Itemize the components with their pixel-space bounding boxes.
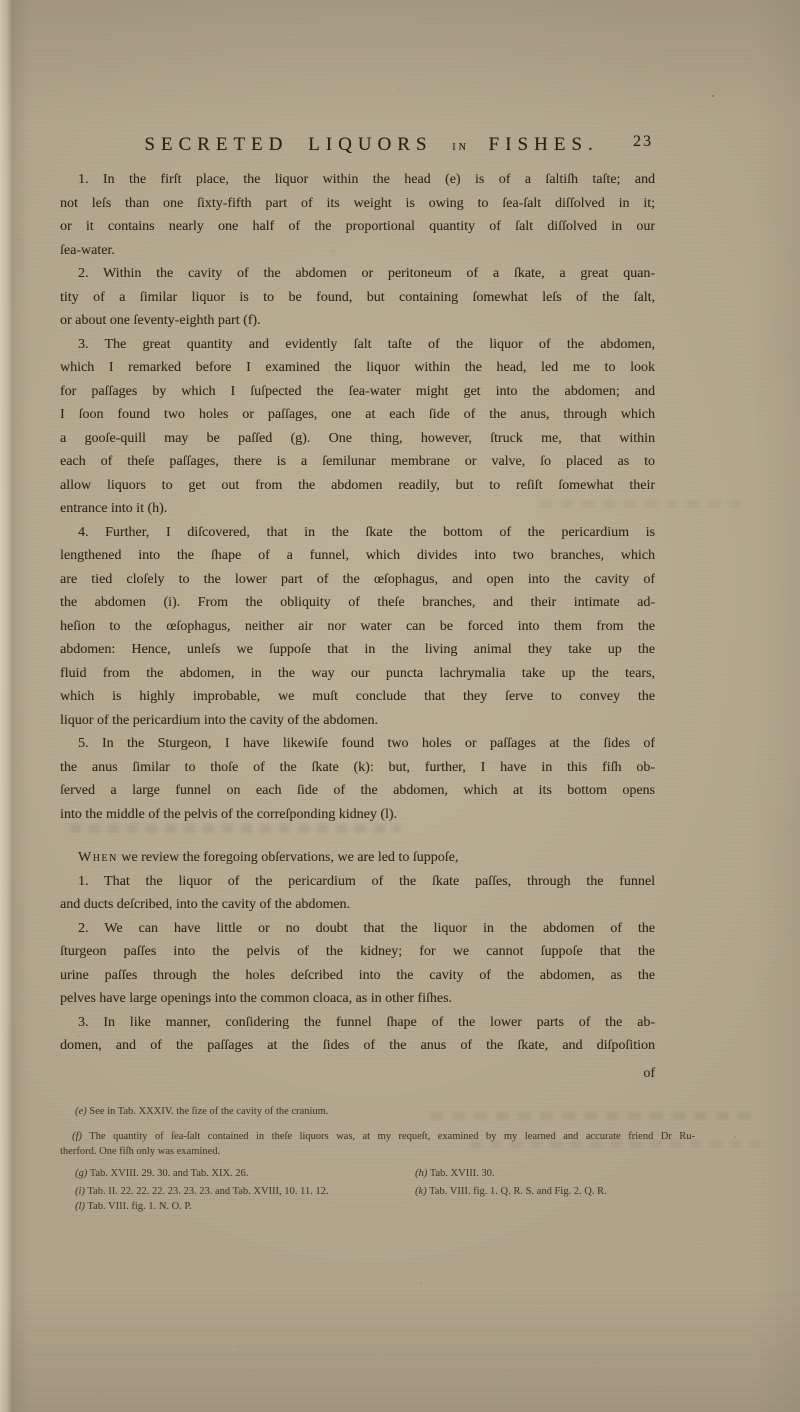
text-line: 3. In like manner, conſidering the funne…: [60, 1011, 655, 1035]
title-connector: in: [452, 139, 469, 154]
book-page: SECRETED LIQUORS in FISHES. 23 1. In the…: [0, 0, 800, 1412]
footnote-i: (i) Tab. II. 22. 22. 22. 23. 23. 23. and…: [60, 1184, 415, 1199]
footnote-marker: (g): [75, 1168, 87, 1179]
text-line: 5. In the Sturgeon, I have likewiſe foun…: [60, 732, 655, 756]
text-line: not leſs than one ſixty-fifth part of it…: [60, 192, 655, 216]
text-line: 2. Within the cavity of the abdomen or p…: [60, 262, 655, 286]
catchword: of: [60, 1062, 655, 1086]
observations-paragraphs: 1. In the firſt place, the liquor within…: [60, 168, 655, 826]
text-line: tity of a ſimilar liquor is to be found,…: [60, 286, 655, 310]
text-line: a gooſe-quill may be paſſed (g). One thi…: [60, 427, 655, 451]
footnote-text: Tab. VIII. fig. 1. Q. R. S. and Fig. 2. …: [429, 1186, 607, 1197]
footnote-f-line2: therford. One fiſh only was examined.: [60, 1144, 695, 1159]
footnote-f-line1: (f) The quantity of ſea-ſalt contained i…: [60, 1129, 695, 1144]
footnote-text: See in Tab. XXXIV. the ſize of the cavit…: [89, 1106, 328, 1117]
smallcaps-lead: When: [78, 850, 118, 865]
text-line: or it contains nearly one half of the pr…: [60, 215, 655, 239]
text-line: ſerved a large funnel on each ſide of th…: [60, 779, 655, 803]
text-line: liquor of the pericardium into the cavit…: [60, 709, 655, 733]
text-line: urine paſſes through the holes deſcribed…: [60, 964, 655, 988]
footnote-row-i-k: (i) Tab. II. 22. 22. 22. 23. 23. 23. and…: [60, 1184, 695, 1199]
text-line: which I remarked before I examined the l…: [60, 356, 655, 380]
footnote-text: Tab. VIII. fig. 1. N. O. P.: [87, 1201, 191, 1212]
text-line: lengthened into the ſhape of a funnel, w…: [60, 544, 655, 568]
footnote-text: Tab. XVIII. 30.: [430, 1168, 495, 1179]
footnotes-section: (e) See in Tab. XXXIV. the ſize of the c…: [60, 1104, 695, 1214]
text-line: ſea-water.: [60, 239, 655, 263]
text-line: and ducts deſcribed, into the cavity of …: [60, 893, 655, 917]
page-number: 23: [633, 133, 653, 151]
text-line: allow liquors to get out from the abdome…: [60, 474, 655, 498]
text-line: pelves have large openings into the comm…: [60, 987, 655, 1011]
footnote-h: (h) Tab. XVIII. 30.: [415, 1166, 695, 1181]
footnote-l: (l) Tab. VIII. fig. 1. N. O. P.: [60, 1199, 695, 1214]
text-line: 1. In the firſt place, the liquor within…: [60, 168, 655, 192]
text-line: 4. Further, I diſcovered, that in the ſk…: [60, 521, 655, 545]
text-line: which is highly improbable, we muſt conc…: [60, 685, 655, 709]
text-line: 2. We can have little or no doubt that t…: [60, 917, 655, 941]
footnote-marker: (h): [415, 1168, 427, 1179]
footnote-marker: (l): [75, 1201, 85, 1212]
text-line: entrance into it (h).: [60, 497, 655, 521]
conclusion-intro-line: When we review the foregoing obſervation…: [60, 846, 655, 870]
footnote-marker: (k): [415, 1186, 427, 1197]
title-tail: FISHES.: [489, 134, 599, 155]
text-line: ſturgeon paſſes into the pelvis of the k…: [60, 940, 655, 964]
text-line: domen, and of the paſſages at the ſides …: [60, 1034, 655, 1058]
text-line: the anus ſimilar to thoſe of the ſkate (…: [60, 756, 655, 780]
page-title: SECRETED LIQUORS in FISHES.: [74, 131, 669, 161]
text-line: each of theſe paſſages, there is a ſemil…: [60, 450, 655, 474]
footnote-e: (e) See in Tab. XXXIV. the ſize of the c…: [60, 1104, 695, 1119]
text-line: for paſſages by which I ſuſpected the ſe…: [60, 380, 655, 404]
text-line: into the middle of the pelvis of the cor…: [60, 803, 655, 827]
footnote-g: (g) Tab. XVIII. 29. 30. and Tab. XIX. 26…: [60, 1166, 415, 1181]
footnote-marker: (i): [75, 1186, 85, 1197]
intro-rest: we review the foregoing obſervations, we…: [121, 850, 458, 865]
running-header: SECRETED LIQUORS in FISHES. 23: [60, 131, 655, 159]
paper-speckles: [0, 0, 2, 2]
conclusions-paragraphs: 1. That the liquor of the pericardium of…: [60, 870, 655, 1058]
footnote-marker: (e): [75, 1106, 87, 1117]
text-line: I ſoon found two holes or paſſages, one …: [60, 403, 655, 427]
text-line: or about one ſeventy-eighth part (f).: [60, 309, 655, 333]
text-line: heſion to the œſophagus, neither air nor…: [60, 615, 655, 639]
body-text: 1. In the firſt place, the liquor within…: [60, 168, 655, 1085]
title-main: SECRETED LIQUORS: [144, 134, 432, 155]
text-line: 3. The great quantity and evidently ſalt…: [60, 333, 655, 357]
footnote-marker: (f): [72, 1131, 82, 1142]
text-line: fluid from the abdomen, in the way our p…: [60, 662, 655, 686]
text-line: abdomen: Hence, unleſs we ſuppoſe that i…: [60, 638, 655, 662]
footnote-text: Tab. II. 22. 22. 22. 23. 23. 23. and Tab…: [87, 1186, 328, 1197]
footnote-text: Tab. XVIII. 29. 30. and Tab. XIX. 26.: [90, 1168, 249, 1179]
footnote-row-g-h: (g) Tab. XVIII. 29. 30. and Tab. XIX. 26…: [60, 1166, 695, 1181]
text-line: the abdomen (i). From the obliquity of t…: [60, 591, 655, 615]
text-line: 1. That the liquor of the pericardium of…: [60, 870, 655, 894]
text-line: are tied cloſely to the lower part of th…: [60, 568, 655, 592]
footnote-k: (k) Tab. VIII. fig. 1. Q. R. S. and Fig.…: [415, 1184, 695, 1199]
footnote-text: The quantity of ſea-ſalt contained in th…: [89, 1131, 695, 1142]
